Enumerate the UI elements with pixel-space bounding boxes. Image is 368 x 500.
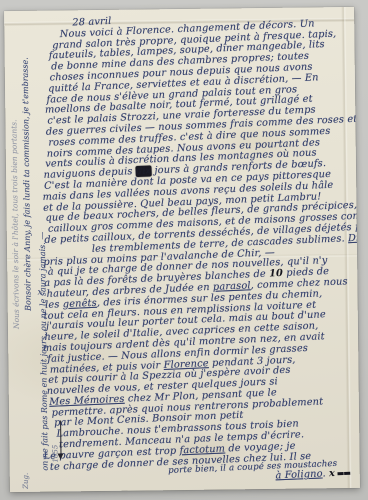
margin-note-vertical: 1855	[51, 445, 59, 463]
underlined-word: à Foligno	[275, 469, 322, 482]
margin-note-vertical: Zug.	[22, 473, 30, 489]
letter-body: 28 avril Nous voici à Florence. changeme…	[4, 7, 360, 492]
photo-background: 28 avril Nous voici à Florence. changeme…	[0, 0, 368, 500]
black-ink-word: 10	[269, 268, 283, 280]
scratched-word: dix	[136, 166, 152, 178]
letter-page: 28 avril Nous voici à Florence. changeme…	[4, 7, 360, 492]
underlined-word: Dis à Doña Sol	[348, 230, 360, 244]
ink-blot-dash: ▬▬	[335, 468, 350, 479]
